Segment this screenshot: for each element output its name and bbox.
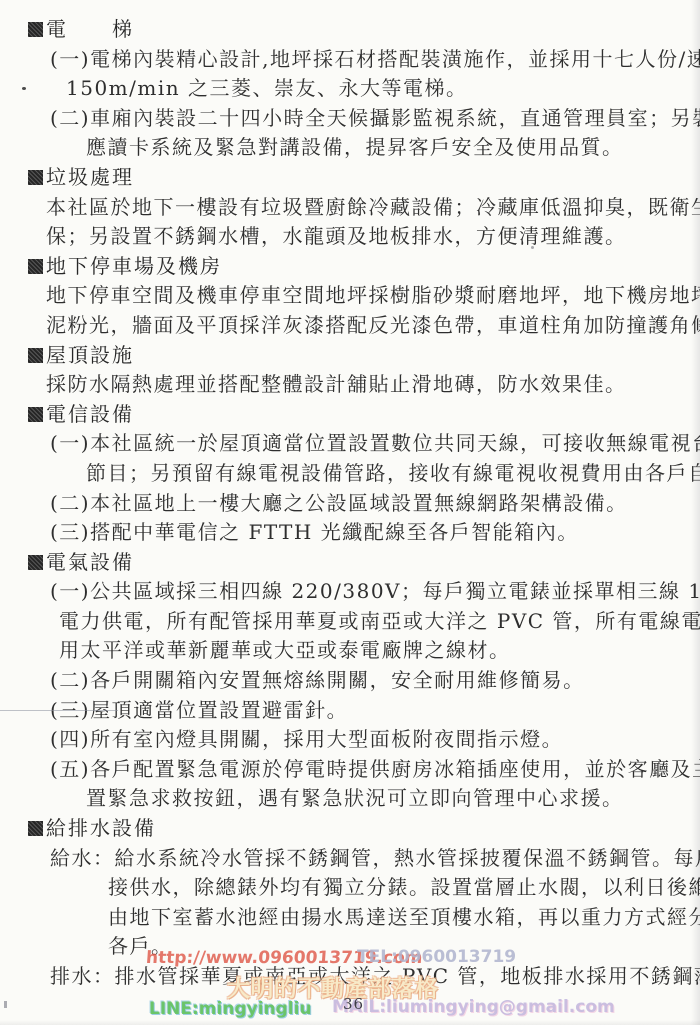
watermark-line-id: LINE:mingyingliu (149, 999, 312, 1019)
text-line: 用太平洋或華新麗華或大亞或泰電廠牌之線材。 (0, 636, 700, 666)
text-line: 置緊急求救按鈕，遇有緊急狀況可立即向管理中心求援。 (0, 784, 700, 814)
text-line: (一)公共區域採三相四線 220/380V；每戶獨立電錶並採單相三線 110V/… (0, 577, 700, 607)
section-bullet-icon (28, 348, 43, 363)
scanned-document-page: 電 梯(一)電梯內裝精心設計,地坪採石材搭配裝潢施作，並採用十七人份/速度150… (0, 0, 700, 1025)
section-bullet-icon (28, 555, 43, 570)
text-line: (二)車廂內裝設二十四小時全天候攝影監視系統，直通管理員室；另裝設感 (0, 104, 700, 134)
section-heading: 地下停車場及機房 (0, 252, 700, 282)
section-heading-label: 垃圾處理 (46, 165, 134, 189)
section-heading-label: 地下停車場及機房 (46, 254, 222, 278)
section-bullet-icon (28, 259, 43, 274)
section-heading-label: 電信設備 (46, 402, 134, 426)
text-line: 150m/min 之三菱、崇友、永大等電梯。 (0, 74, 700, 104)
section-heading: 電氣設備 (0, 548, 700, 578)
text-line: 泥粉光，牆面及平頂採洋灰漆搭配反光漆色帶，車道柱角加防撞護角條。 (0, 311, 700, 341)
text-line: 節目；另預留有線電視設備管路，接收有線電視收視費用由各戶自理。 (0, 459, 700, 489)
text-line: 接供水，除總錶外均有獨立分錶。設置當層止水閥，以利日後維修。 (0, 873, 700, 903)
scan-speck (22, 87, 26, 90)
section-heading: 電 梯 (0, 15, 700, 45)
text-line: (一)本社區統一於屋頂適當位置設置數位共同天線，可接收無線電視台數位 (0, 429, 700, 459)
watermark-mail: MAIL:liumingying@gmail.com (332, 997, 615, 1017)
section-heading: 電信設備 (0, 400, 700, 430)
text-line: 應讀卡系統及緊急對講設備，提昇客戶安全及使用品質。 (0, 133, 700, 163)
section-bullet-icon (28, 407, 43, 422)
page-number: 36 (343, 995, 364, 1013)
section-heading: 垃圾處理 (0, 163, 700, 193)
text-line: 保；另設置不銹鋼水槽，水龍頭及地板排水，方便清理維護。 (0, 222, 700, 252)
text-line: 本社區於地下一樓設有垃圾暨廚餘冷藏設備；冷藏庫低溫抑臭，既衛生又環 (0, 193, 700, 223)
section-bullet-icon (28, 821, 43, 836)
text-line: 由地下室蓄水池經由揚水馬達送至頂樓水箱，再以重力方式經分錶至 (0, 903, 700, 933)
section-heading: 給排水設備 (0, 814, 700, 844)
section-heading-label: 給排水設備 (46, 816, 156, 840)
text-line: (二)本社區地上一樓大廳之公設區域設置無線網路架構設備。 (0, 489, 700, 519)
scan-speck (531, 246, 534, 249)
section-heading-label: 電 梯 (46, 17, 134, 41)
text-line: (四)所有室內燈具開關，採用大型面板附夜間指示燈。 (0, 725, 700, 755)
text-line: (二)各戶開關箱內安置無熔絲開關，安全耐用維修簡易。 (0, 666, 700, 696)
section-heading: 屋頂設施 (0, 341, 700, 371)
text-line: (三)搭配中華電信之 FTTH 光纖配線至各戶智能箱內。 (0, 518, 700, 548)
watermark-tel: TEL:0960013719 (357, 947, 516, 967)
text-line: (五)各戶配置緊急電源於停電時提供廚房冰箱插座使用，並於客廳及主臥設 (0, 755, 700, 785)
text-line: 採防水隔熱處理並搭配整體設計舖貼止滑地磚，防水效果佳。 (0, 370, 700, 400)
document-body: 電 梯(一)電梯內裝精心設計,地坪採石材搭配裝潢施作，並採用十七人份/速度150… (0, 15, 700, 992)
text-line: 給水：給水系統冷水管採不銹鋼管，熱水管採披覆保溫不銹鋼管。每戶採間 (0, 844, 700, 874)
scan-edge-shadow (0, 1020, 700, 1025)
text-line: (一)電梯內裝精心設計,地坪採石材搭配裝潢施作，並採用十七人份/速度 (0, 45, 700, 75)
section-bullet-icon (28, 22, 43, 37)
text-line: 地下停車空間及機車停車空間地坪採樹脂砂漿耐磨地坪，地下機房地坪採水 (0, 281, 700, 311)
text-line: 電力供電，所有配管採用華夏或南亞或大洋之 PVC 管，所有電線電纜採 (0, 607, 700, 637)
scan-line-artifact (0, 710, 118, 711)
section-heading-label: 屋頂設施 (46, 343, 134, 367)
section-bullet-icon (28, 170, 43, 185)
section-heading-label: 電氣設備 (46, 550, 134, 574)
scan-speck (4, 1001, 7, 1008)
scan-edge-shadow (691, 0, 700, 1025)
